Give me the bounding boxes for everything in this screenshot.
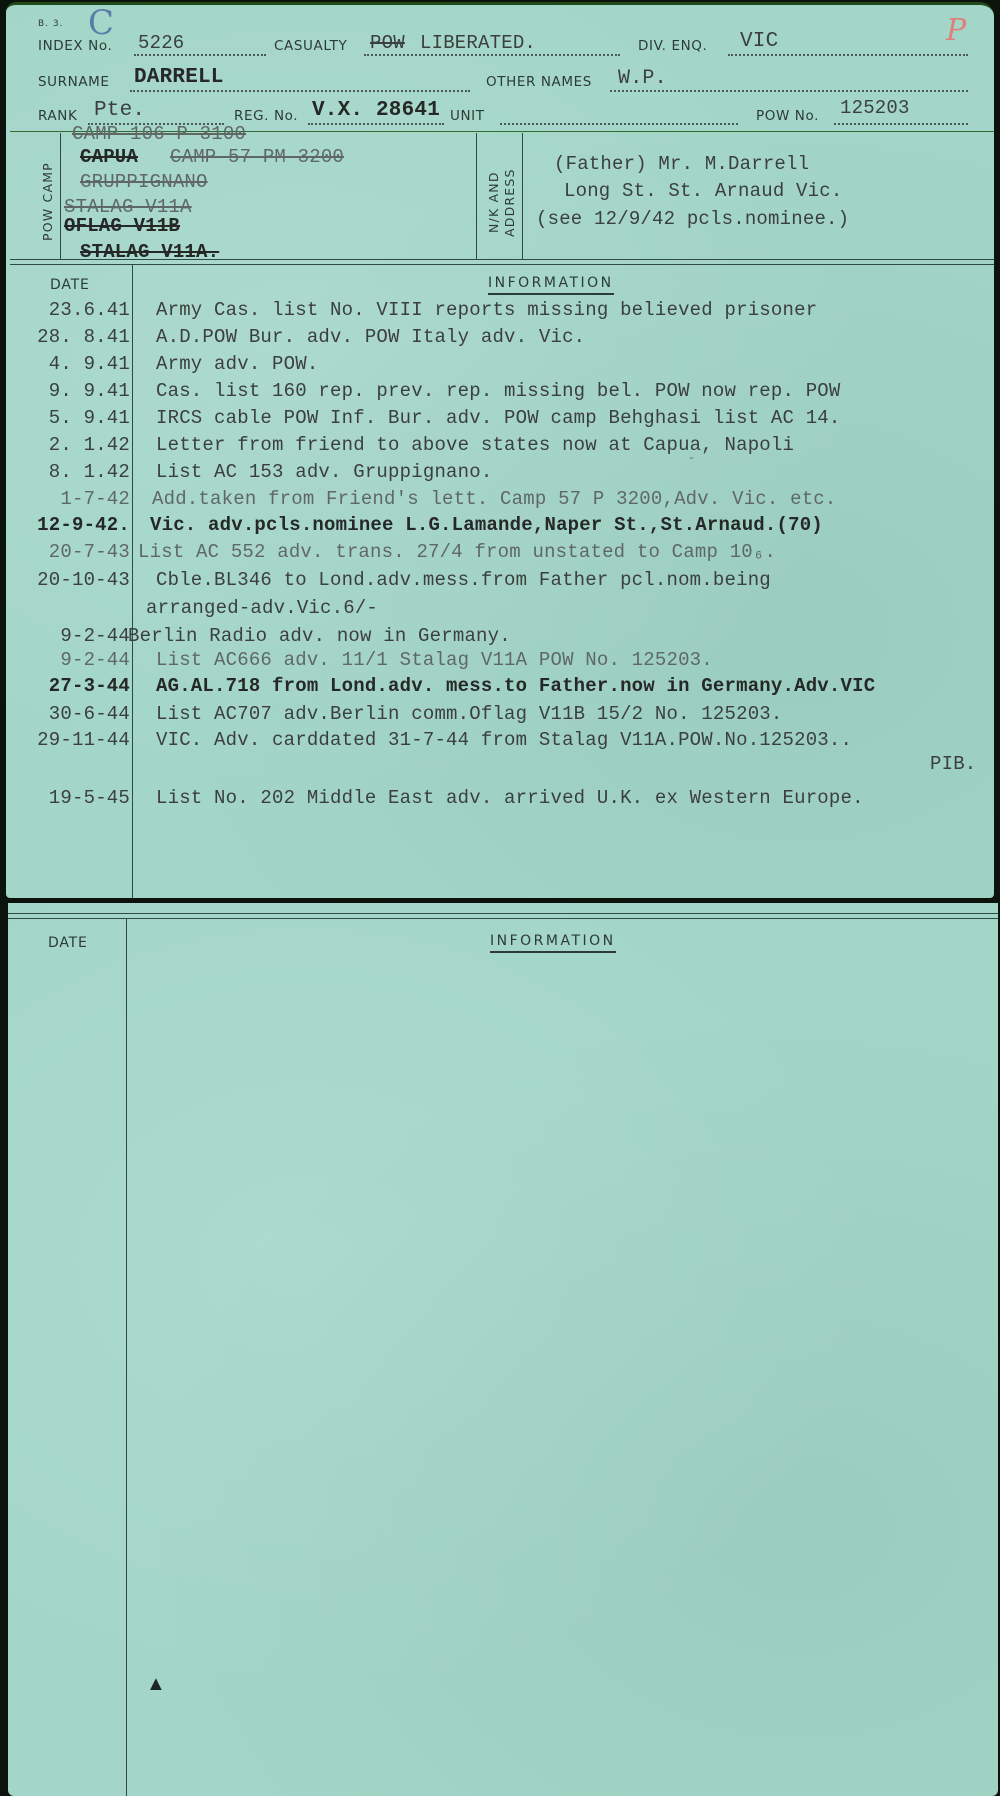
div-enq-dots — [728, 54, 968, 56]
pow-no-label: POW No. — [756, 108, 819, 124]
entry-info: Army Cas. list No. VIII reports missing … — [156, 299, 817, 321]
entry-info: VIC. Adv. carddated 31-7-44 from Stalag … — [156, 729, 852, 751]
entry-date: 30-6-44 — [2, 703, 130, 725]
form-code: B. 3. — [38, 19, 63, 29]
casualty-dots — [364, 54, 620, 56]
entry-date: 27-3-44 — [2, 675, 130, 697]
nk-label-line1: N/K AND — [486, 171, 501, 233]
other-names-label: OTHER NAMES — [486, 74, 592, 90]
camp-entry: OFLAG V11B — [64, 215, 180, 237]
entry-info: Cble.BL346 to Lond.adv.mess.from Father … — [156, 569, 771, 591]
nk-left-divider — [476, 133, 477, 259]
entry-date: 2. 1.42 — [2, 434, 130, 456]
rank-label: RANK — [38, 108, 77, 124]
entry-info: AG.AL.718 from Lond.adv. mess.to Father.… — [156, 675, 875, 697]
camp-entry: CAMP 106 P 3100 — [72, 123, 246, 145]
entry-date: 20-7-43 — [2, 541, 130, 563]
casualty-value: LIBERATED. — [420, 32, 536, 54]
entry-date: 20-10-43 — [2, 569, 130, 591]
reg-no-label: REG. No. — [234, 108, 298, 124]
nk-address-line: (see 12/9/42 pcls.nominee.) — [536, 208, 849, 230]
entry-info: Add.taken from Friend's lett. Camp 57 P … — [152, 488, 837, 510]
camp-entry: CAMP 57 PM 3200 — [170, 146, 344, 168]
index-no-value: 5226 — [138, 32, 184, 54]
entry-info: List No. 202 Middle East adv. arrived U.… — [156, 787, 864, 809]
nk-label-line2: ADDRESS — [502, 168, 517, 237]
entry-info: List AC 153 adv. Gruppignano. — [156, 461, 492, 483]
div-enq-value: VIC — [740, 30, 778, 53]
entry-date: 19-5-45 — [2, 787, 130, 809]
date-column-divider — [132, 265, 133, 898]
handwritten-red-mark: P — [946, 13, 966, 48]
camp-entry: GRUPPIGNANO — [80, 171, 208, 193]
entry-date: 1-7-42 — [2, 488, 130, 510]
entry-info: Army adv. POW. — [156, 353, 318, 375]
date-column-header: DATE — [50, 277, 90, 293]
entry-info: List AC707 adv.Berlin comm.Oflag V11B 15… — [156, 703, 783, 725]
stray-mark: - — [688, 451, 695, 465]
entry-info: IRCS cable POW Inf. Bur. adv. POW camp B… — [156, 407, 841, 429]
entry-info: Vic. adv.pcls.nominee L.G.Lamande,Naper … — [150, 514, 823, 536]
information-column-header: INFORMATION — [488, 275, 614, 295]
div-enq-label: DIV. ENQ. — [638, 38, 707, 54]
other-names-dots — [610, 90, 968, 92]
reg-no-dots — [308, 123, 444, 125]
unit-dots — [500, 123, 738, 125]
entry-info: List AC 552 adv. trans. 27/4 from unstat… — [138, 541, 776, 563]
casualty-label: CASUALTY — [274, 38, 347, 54]
back-top-rule-2 — [8, 918, 998, 919]
surname-value: DARRELL — [134, 66, 224, 89]
nk-address-line: Long St. St. Arnaud Vic. — [564, 180, 842, 202]
back-top-rule-1 — [8, 913, 998, 914]
index-no-dots — [134, 54, 266, 56]
record-card-front: B. 3. C P INDEX No. 5226 CASUALTY POW LI… — [6, 2, 994, 898]
entry-info: List AC666 adv. 11/1 Stalag V11A POW No.… — [156, 649, 713, 671]
entry-date: 28. 8.41 — [2, 326, 130, 348]
back-date-column-divider — [126, 919, 127, 1796]
paper-tear-mark: ▲ — [146, 1673, 166, 1696]
surname-dots — [130, 90, 470, 92]
pow-no-value: 125203 — [840, 97, 910, 119]
camp-label-divider — [60, 133, 61, 259]
rank-value: Pte. — [94, 99, 145, 122]
entry-info: A.D.POW Bur. adv. POW Italy adv. Vic. — [156, 326, 585, 348]
entry-date: 4. 9.41 — [2, 353, 130, 375]
entry-info: arranged-adv.Vic.6/- — [146, 597, 378, 619]
pow-camp-label: POW CAMP — [40, 162, 55, 241]
index-no-label: INDEX No. — [38, 38, 112, 54]
entry-info: PIB. — [930, 753, 976, 775]
entry-date: 9-2-44 — [2, 625, 130, 647]
entry-info: Berlin Radio adv. now in Germany. — [128, 625, 511, 647]
pow-no-dots — [834, 123, 968, 125]
entry-info: Letter from friend to above states now a… — [156, 434, 794, 456]
other-names-value: W.P. — [618, 67, 667, 90]
info-section-rule-1 — [10, 259, 994, 260]
entry-date: 9-2-44 — [2, 649, 130, 671]
back-date-column-header: DATE — [48, 935, 88, 951]
entry-date: 9. 9.41 — [2, 380, 130, 402]
nk-address-line: (Father) Mr. M.Darrell — [554, 153, 809, 175]
record-card-back: DATE INFORMATION ▲ — [8, 903, 998, 1796]
surname-label: SURNAME — [38, 74, 110, 90]
entry-info: Cas. list 160 rep. prev. rep. missing be… — [156, 380, 841, 402]
entry-date: 23.6.41 — [2, 299, 130, 321]
entry-date: 12-9-42. — [2, 514, 130, 536]
reg-no-value: V.X. 28641 — [312, 99, 440, 122]
back-information-column-header: INFORMATION — [490, 933, 616, 953]
entry-date: 5. 9.41 — [2, 407, 130, 429]
unit-label: UNIT — [450, 108, 485, 124]
handwritten-blue-mark: C — [88, 3, 114, 43]
entry-date: 8. 1.42 — [2, 461, 130, 483]
info-section-rule-2 — [10, 264, 994, 265]
camp-entry: CAPUA — [80, 146, 138, 168]
nk-right-divider — [522, 133, 523, 259]
entry-date: 29-11-44 — [2, 729, 130, 751]
casualty-struck-value: POW — [370, 32, 405, 54]
